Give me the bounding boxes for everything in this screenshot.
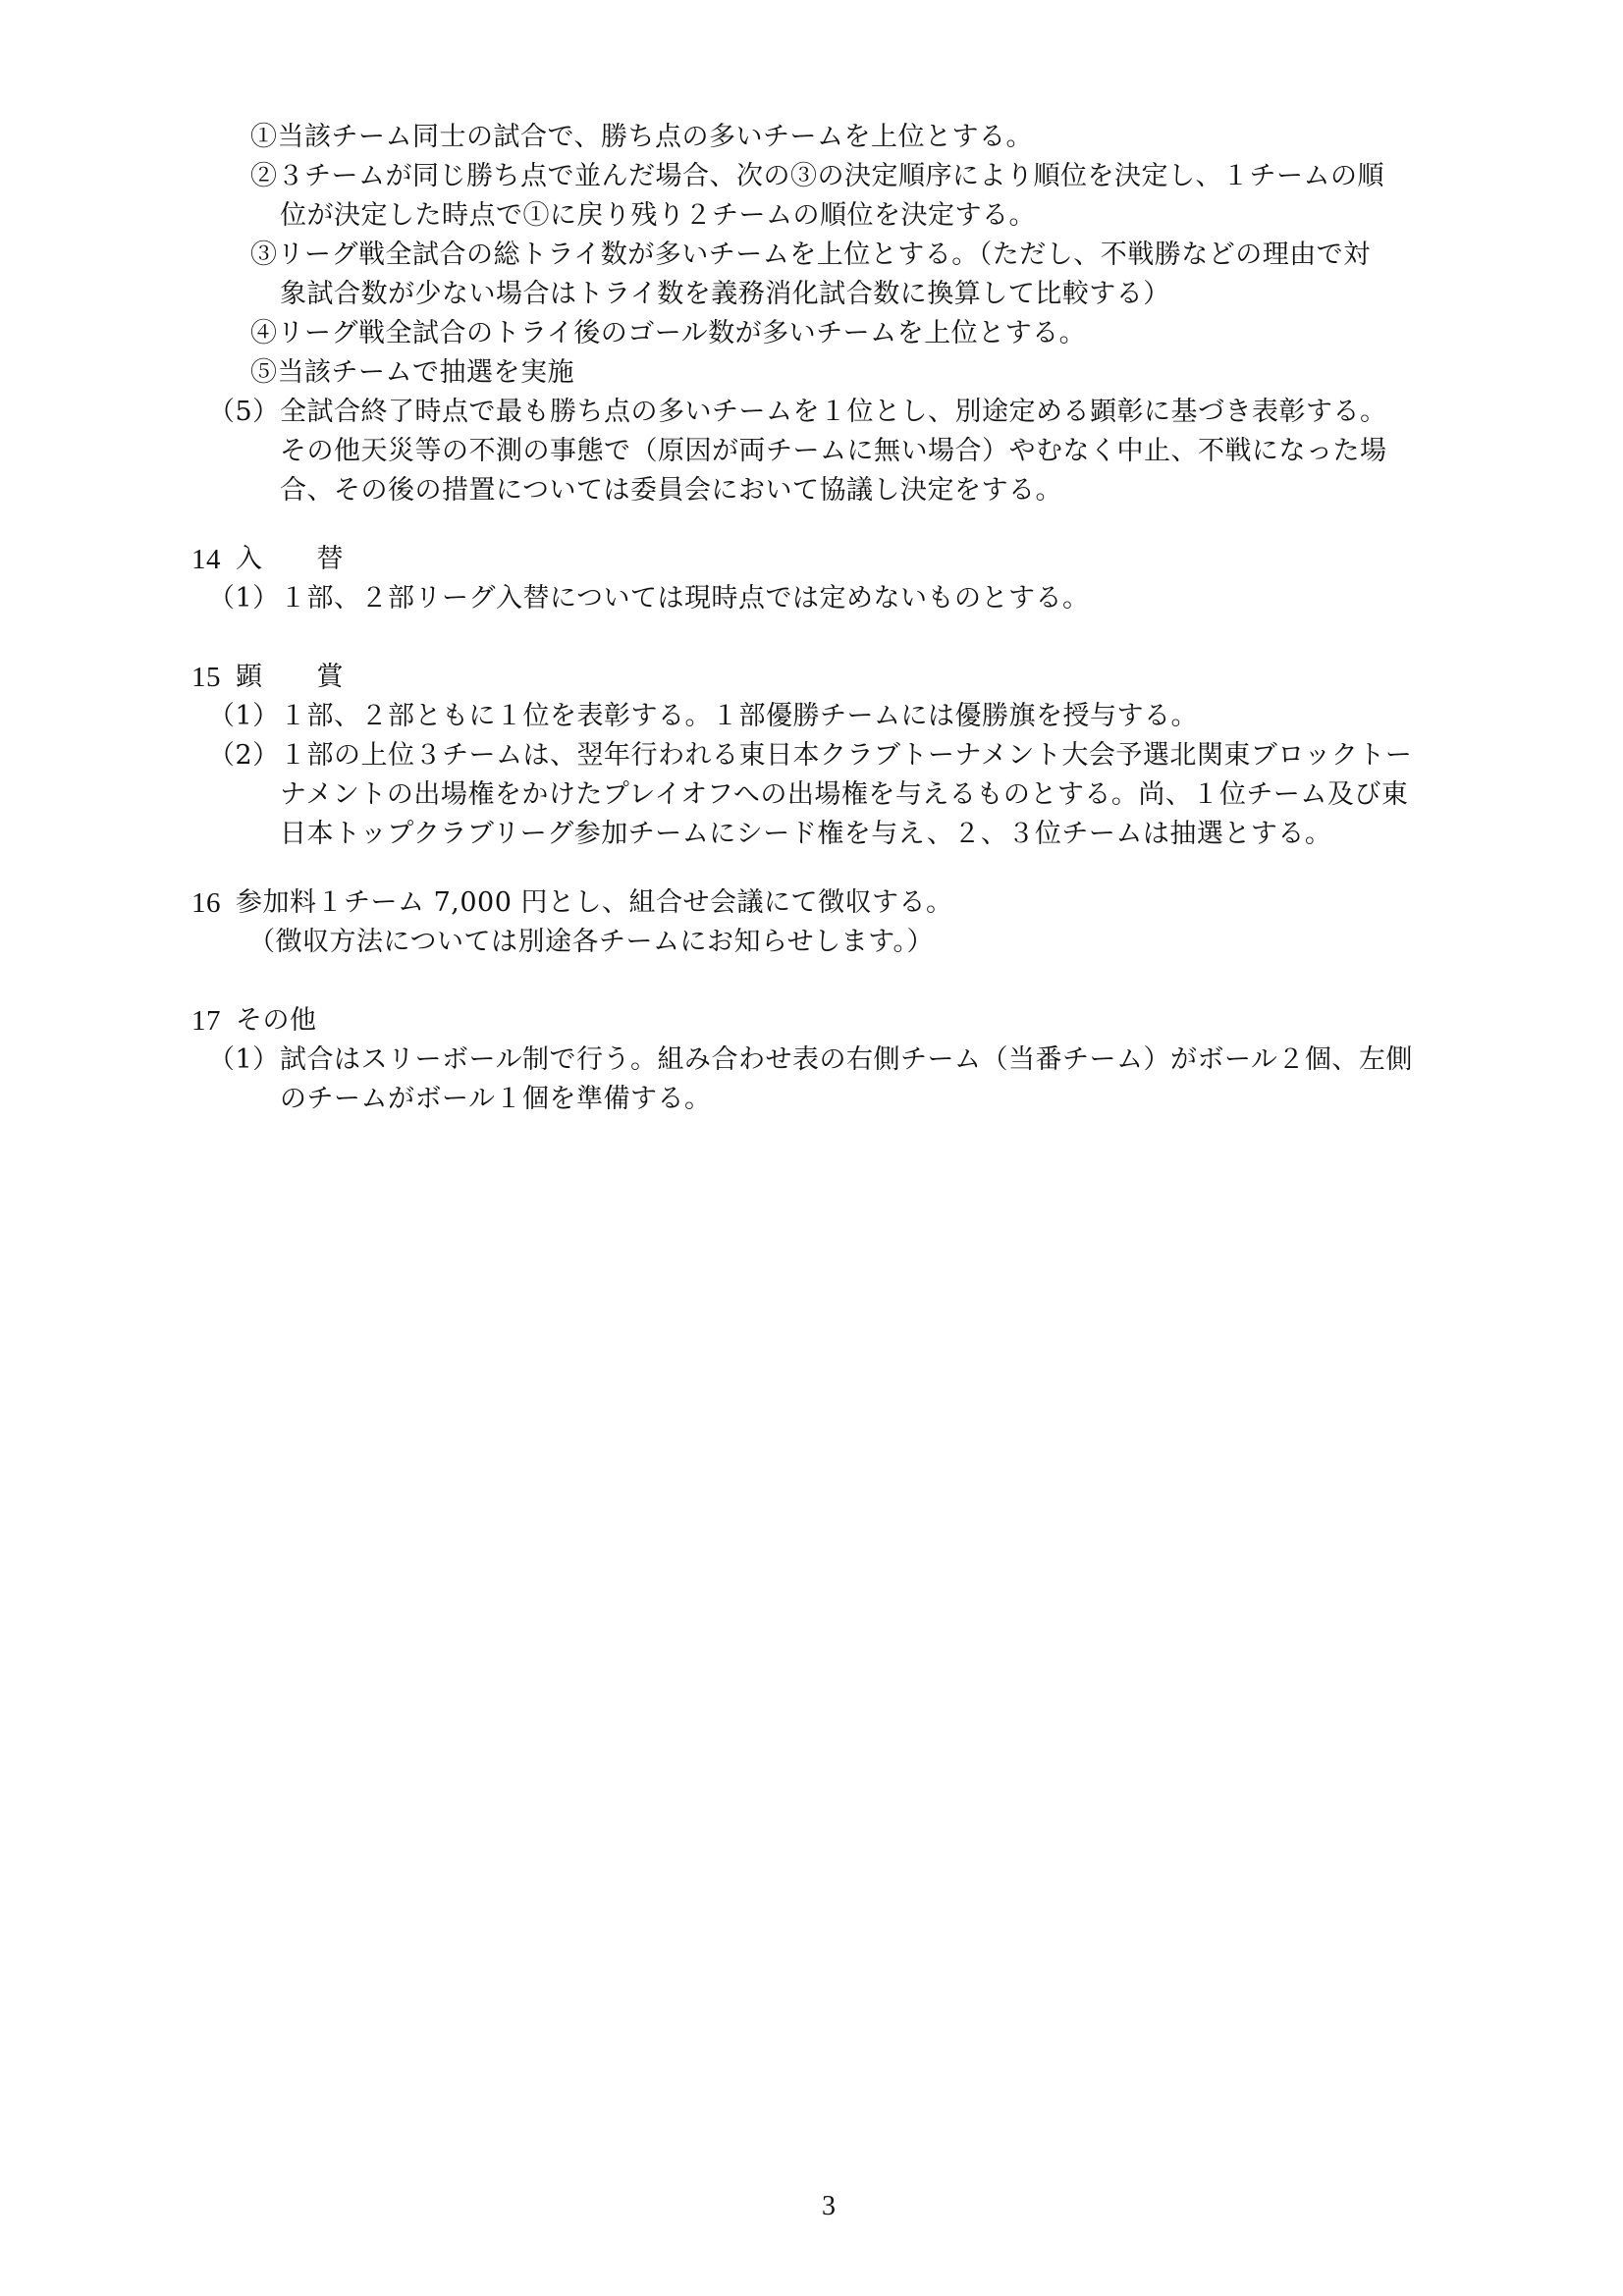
tiebreak-rule-2-continued: 位が決定した時点で①に戻り残り２チームの順位を決定する。 bbox=[280, 199, 1036, 233]
tiebreak-rule-4: ④リーグ戦全試合のトライ後のゴール数が多いチームを上位とする。 bbox=[250, 317, 1086, 350]
document-page: ①当該チーム同士の試合で、勝ち点の多いチームを上位とする。 ②３チームが同じ勝ち… bbox=[0, 0, 1623, 2296]
tiebreak-rule-2: ②３チームが同じ勝ち点で並んだ場合、次の③の決定順序により順位を決定し、１チーム… bbox=[250, 160, 1384, 193]
section-17-item-1-label: （1） bbox=[208, 1043, 280, 1077]
section-14-item-1-text: １部、２部リーグ入替については現時点では定めないものとする。 bbox=[280, 582, 1089, 615]
item-5-text: 全試合終了時点で最も勝ち点の多いチームを１位とし、別途定める顕彰に基づき表彰する… bbox=[280, 396, 1387, 429]
tiebreak-rule-5: ⑤当該チームで抽選を実施 bbox=[250, 356, 574, 390]
tiebreak-rule-3-continued: 象試合数が少ない場合はトライ数を義務消化試合数に換算して比較する） bbox=[280, 278, 1170, 311]
section-15-item-2-label: （2） bbox=[208, 739, 280, 773]
section-15-item-1-label: （1） bbox=[208, 700, 280, 733]
section-17-number: 17 bbox=[191, 1004, 221, 1038]
section-15-title: 顕 賞 bbox=[236, 661, 344, 694]
section-15-item-2-continued-1: ナメントの出場権をかけたプレイオフへの出場権を与えるものとする。尚、１位チーム及… bbox=[280, 778, 1408, 812]
item-5-label: （5） bbox=[208, 396, 280, 429]
section-17-item-1-continued: のチームがボール１個を準備する。 bbox=[280, 1083, 711, 1116]
page-number: 3 bbox=[822, 2191, 836, 2222]
item-5-text-continued-1: その他天災等の不測の事態で（原因が両チームに無い場合）やむなく中止、不戦になった… bbox=[280, 435, 1387, 468]
tiebreak-rule-3: ③リーグ戦全試合の総トライ数が多いチームを上位とする。（ただし、不戦勝などの理由… bbox=[250, 239, 1371, 272]
section-17-item-1-text: 試合はスリーボール制で行う。組み合わせ表の右側チーム（当番チーム）がボール２個、… bbox=[280, 1043, 1413, 1077]
section-16-number: 16 bbox=[191, 886, 221, 920]
section-14-number: 14 bbox=[191, 543, 221, 576]
section-16-title: 参加料１チーム 7,000 円とし、組合せ会議にて徴収する。 bbox=[236, 886, 952, 920]
section-15-item-1-text: １部、２部ともに１位を表彰する。１部優勝チームには優勝旗を授与する。 bbox=[280, 700, 1198, 733]
section-14-title: 入 替 bbox=[236, 543, 344, 576]
tiebreak-rule-1: ①当該チーム同士の試合で、勝ち点の多いチームを上位とする。 bbox=[250, 121, 1033, 154]
section-14-item-1-label: （1） bbox=[208, 582, 280, 615]
section-15-item-2-text: １部の上位３チームは、翌年行われる東日本クラブトーナメント大会予選北関東ブロック… bbox=[280, 739, 1412, 773]
section-16-note: （徴収方法については別途各チームにお知らせします。） bbox=[248, 926, 934, 959]
section-15-number: 15 bbox=[191, 661, 221, 694]
section-15-item-2-continued-2: 日本トップクラブリーグ参加チームにシード権を与え、２、３位チームは抽選とする。 bbox=[280, 818, 1331, 851]
section-17-title: その他 bbox=[236, 1004, 317, 1038]
item-5-text-continued-2: 合、その後の措置については委員会において協議し決定をする。 bbox=[280, 474, 1062, 507]
